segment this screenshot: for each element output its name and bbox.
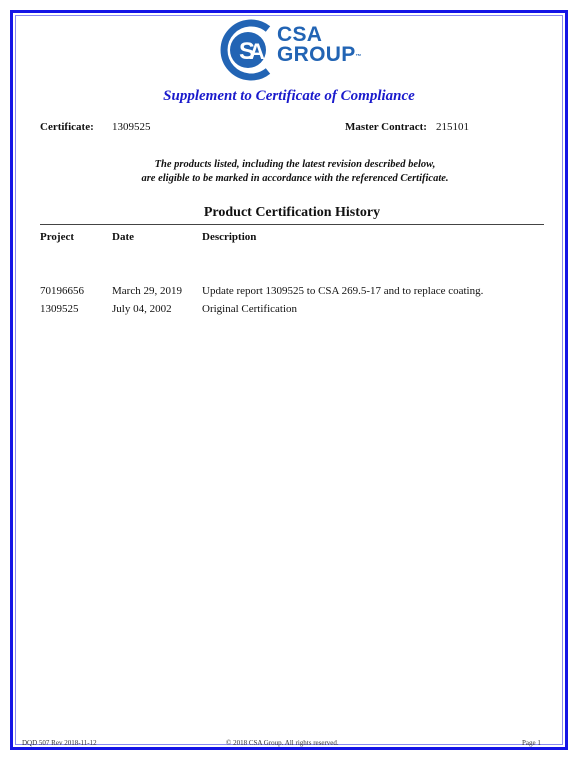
csa-seal-icon: S A <box>220 19 278 81</box>
footer-page-number: Page 1 <box>522 739 541 747</box>
table-row: 1309525 July 04, 2002 Original Certifica… <box>0 303 578 319</box>
master-contract-value: 215101 <box>436 121 469 133</box>
trademark-symbol: ™ <box>356 54 362 60</box>
certificate-value: 1309525 <box>112 121 151 133</box>
logo-text-csa: CSA <box>277 25 362 45</box>
row-project: 70196656 <box>40 285 84 297</box>
row-date: March 29, 2019 <box>112 285 182 297</box>
logo-text-group: GROUP <box>277 43 356 66</box>
table-row: 70196656 March 29, 2019 Update report 13… <box>0 285 578 301</box>
history-title: Product Certification History <box>0 205 578 221</box>
row-description: Update report 1309525 to CSA 269.5-17 an… <box>202 285 483 297</box>
row-date: July 04, 2002 <box>112 303 172 315</box>
svg-text:A: A <box>249 39 265 64</box>
footer-form-id: DQD 507 Rev 2018-11-12 <box>22 739 97 747</box>
footer-copyright: © 2018 CSA Group. All rights reserved. <box>226 739 339 747</box>
certificate-label: Certificate: <box>40 121 94 133</box>
notice-line-1: The products listed, including the lates… <box>0 158 578 172</box>
section-divider <box>40 224 544 225</box>
document-title: Supplement to Certificate of Compliance <box>0 88 578 105</box>
row-description: Original Certification <box>202 303 297 315</box>
notice-line-2: are eligible to be marked in accordance … <box>0 172 578 186</box>
eligibility-notice: The products listed, including the lates… <box>0 158 578 186</box>
page-border-inner <box>15 15 563 745</box>
column-header-project: Project <box>40 231 74 243</box>
column-header-description: Description <box>202 231 256 243</box>
master-contract-label: Master Contract: <box>345 121 427 133</box>
logo-wordmark: CSA GROUP™ <box>277 25 362 65</box>
csa-group-logo: S A CSA GROUP™ <box>220 19 365 81</box>
column-header-date: Date <box>112 231 134 243</box>
row-project: 1309525 <box>40 303 79 315</box>
